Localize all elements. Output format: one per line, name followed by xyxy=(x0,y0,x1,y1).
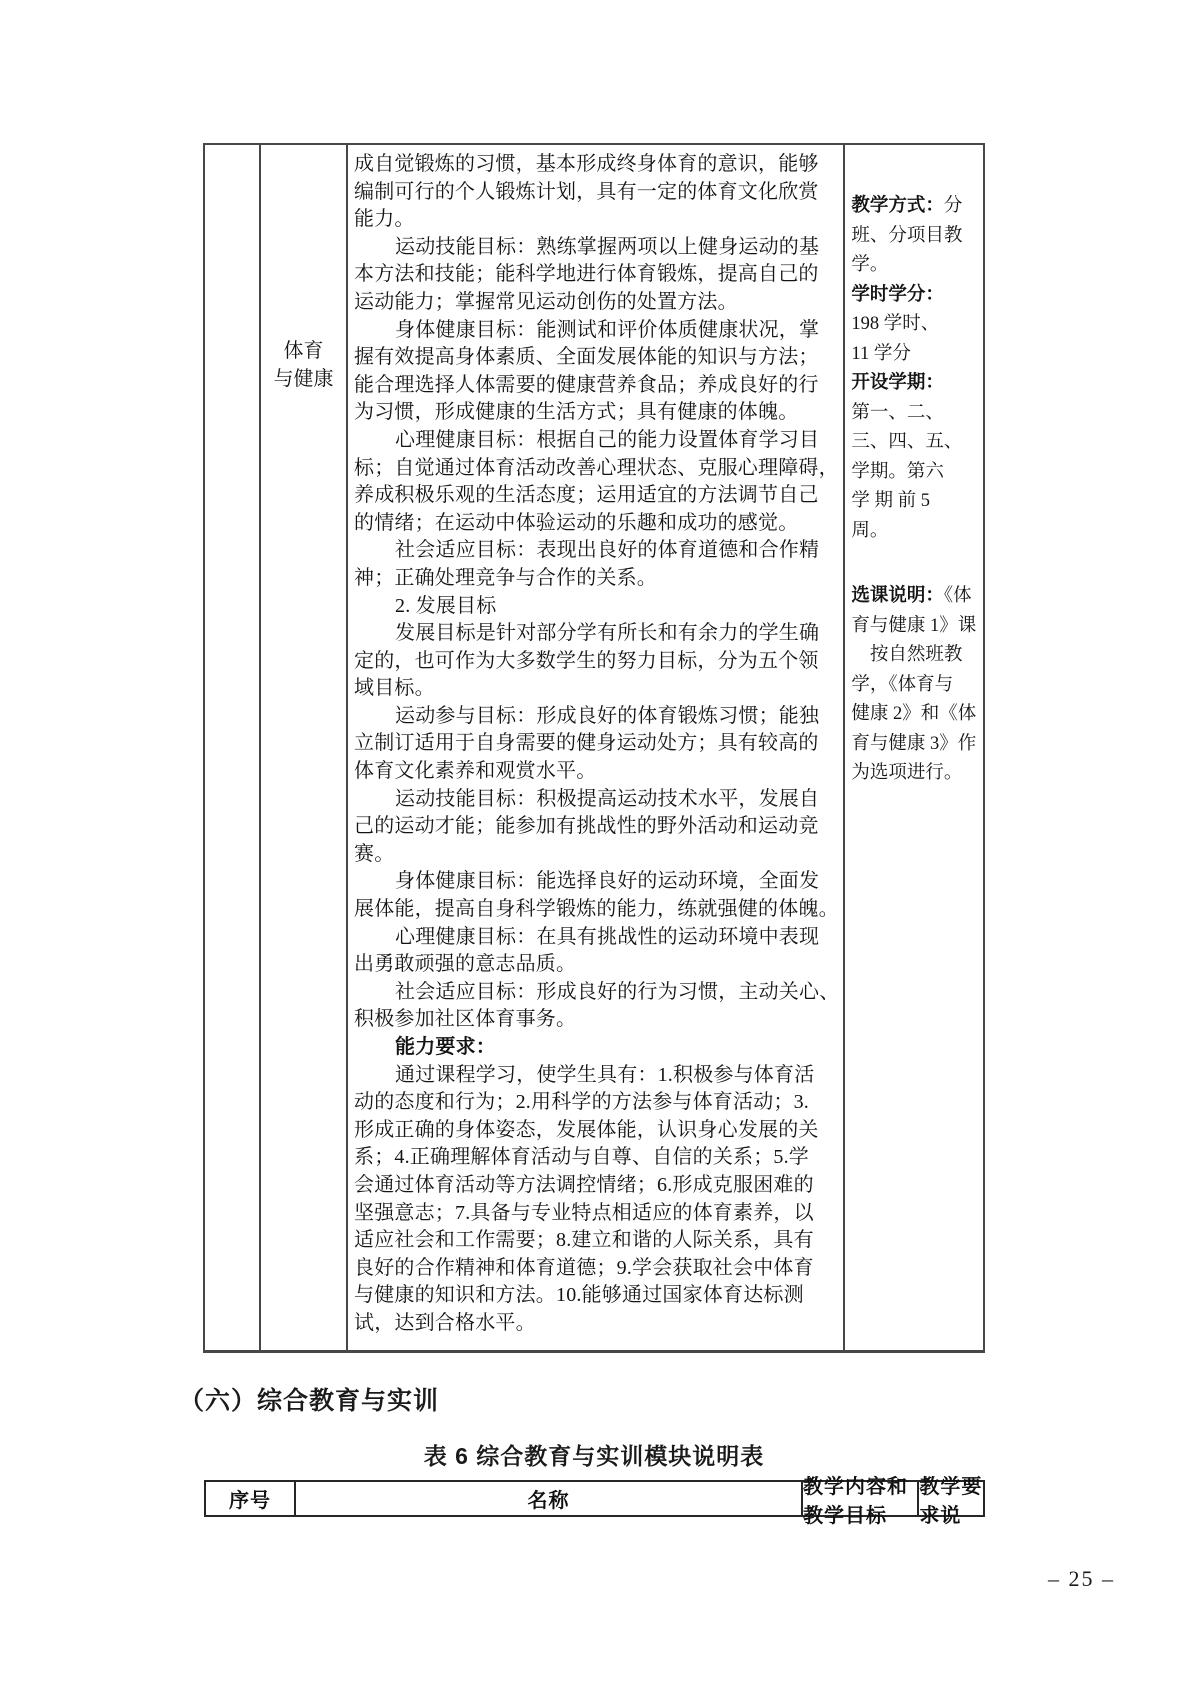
requirement-text-line: 学期。第六 xyxy=(851,458,980,488)
requirement-text-line: 198 学时、 xyxy=(851,310,980,340)
table-cell-teaching-requirements: 教学方式：分班、分项目教学。学时学分：198 学时、11 学分开设学期：第一、二… xyxy=(845,145,983,1350)
table-cell-teaching-content: 成自觉锻炼的习惯，基本形成终身体育的意识，能够编制可行的个人锻炼计划，具有一定的… xyxy=(348,145,845,1350)
content-text-line: 体育文化素养和观赏水平。 xyxy=(354,758,839,786)
table6-title: 表 6 综合教育与实训模块说明表 xyxy=(203,1438,985,1471)
content-text-line: 积极参加社区体育事务。 xyxy=(354,1006,839,1034)
table6-header-cell: 教学内容和教学目标 xyxy=(803,1482,919,1515)
content-text-line: 运动参与目标：形成良好的体育锻炼习惯；能独 xyxy=(354,703,839,731)
requirement-text-line: 为选项进行。 xyxy=(851,759,980,789)
requirement-text-line: 开设学期： xyxy=(851,369,980,399)
requirement-text-line: 育与健康 1》课 xyxy=(851,612,980,642)
table-cell-index-empty xyxy=(205,145,261,1350)
content-text-line: 与健康的知识和方法。10.能够通过国家体育达标测 xyxy=(354,1282,839,1310)
content-text-line: 能合理选择人体需要的健康营养食品；养成良好的行 xyxy=(354,372,839,400)
content-text-line: 社会适应目标：表现出良好的体育道德和合作精 xyxy=(354,537,839,565)
content-text-line: 成自觉锻炼的习惯，基本形成终身体育的意识，能够 xyxy=(354,151,839,179)
content-text-line: 通过课程学习，使学生具有：1.积极参与体育活 xyxy=(354,1062,839,1090)
requirement-text-line: 学 期 前 5 xyxy=(851,487,980,517)
content-text-line: 本方法和技能；能科学地进行体育锻炼，提高自己的 xyxy=(354,261,839,289)
content-text-line: 为习惯，形成健康的生活方式；具有健康的体魄。 xyxy=(354,399,839,427)
content-text-line: 养成积极乐观的生活态度；运用适宜的方法调节自己 xyxy=(354,482,839,510)
content-text-line: 系；4.正确理解体育活动与自尊、自信的关系；5.学 xyxy=(354,1144,839,1172)
page-number: – 25 – xyxy=(1048,1566,1115,1592)
requirement-text-line: 选课说明：《体 xyxy=(851,582,980,612)
content-text-line: 适应社会和工作需要；8.建立和谐的人际关系，具有 xyxy=(354,1227,839,1255)
content-text-line: 会通过体育活动等方法调控情绪；6.形成克服困难的 xyxy=(354,1172,839,1200)
content-text-line: 心理健康目标：在具有挑战性的运动环境中表现 xyxy=(354,924,839,952)
requirement-text-line: 育与健康 3》作 xyxy=(851,730,980,760)
content-text-line: 运动技能目标：积极提高运动技术水平，发展自 xyxy=(354,786,839,814)
content-text-line: 良好的合作精神和体育道德；9.学会获取社会中体育 xyxy=(354,1255,839,1283)
content-text-line: 心理健康目标：根据自己的能力设置体育学习目 xyxy=(354,427,839,455)
content-text-line: 立制订适用于自身需要的健身运动处方；具有较高的 xyxy=(354,730,839,758)
requirement-text-line: 按自然班教 xyxy=(851,641,980,671)
content-text-line: 握有效提高身体素质、全面发展体能的知识与方法； xyxy=(354,344,839,372)
content-text-line: 能力。 xyxy=(354,206,839,234)
content-text-line: 动的态度和行为；2.用科学的方法参与体育活动；3. xyxy=(354,1089,839,1117)
module-name-line1: 体育 xyxy=(274,338,334,366)
module-name-line2: 与健康 xyxy=(274,366,334,394)
content-text-line: 社会适应目标：形成良好的行为习惯，主动关心、 xyxy=(354,979,839,1007)
requirement-text-line: 学。 xyxy=(851,251,980,281)
content-text-line: 身体健康目标：能测试和评价体质健康状况，掌 xyxy=(354,317,839,345)
content-text-line: 出勇敢顽强的意志品质。 xyxy=(354,951,839,979)
content-text-line: 坚强意志；7.具备与专业特点相适应的体育素养，以 xyxy=(354,1200,839,1228)
content-text-line: 运动能力；掌握常见运动创伤的处置方法。 xyxy=(354,289,839,317)
requirement-text-line: 周。 xyxy=(851,517,980,547)
content-text-line: 试，达到合格水平。 xyxy=(354,1310,839,1338)
section-heading: （六）综合教育与实训 xyxy=(179,1381,439,1417)
table-cell-module-name: 体育 与健康 xyxy=(261,145,348,1350)
content-text-line: 域目标。 xyxy=(354,675,839,703)
requirement-text-line: 11 学分 xyxy=(851,340,980,370)
table6-header-cell: 教学要求说 xyxy=(919,1482,983,1515)
requirement-text-line: 健康 2》和《体 xyxy=(851,700,980,730)
requirement-text-line: 班、分项目教 xyxy=(851,222,980,252)
document-page: 体育 与健康 成自觉锻炼的习惯，基本形成终身体育的意识，能够编制可行的个人锻炼计… xyxy=(0,0,1191,1684)
requirement-text-line xyxy=(851,546,980,582)
content-text-line: 展体能，提高自身科学锻炼的能力，练就强健的体魄。 xyxy=(354,896,839,924)
content-text-line: 发展目标是针对部分学有所长和有余力的学生确 xyxy=(354,620,839,648)
content-text-line: 形成正确的身体姿态，发展体能，认识身心发展的关 xyxy=(354,1117,839,1145)
module-name-label: 体育 与健康 xyxy=(274,145,334,1350)
table6-header-cell: 序号 xyxy=(206,1482,296,1515)
content-text-line: 2. 发展目标 xyxy=(354,593,839,621)
table6-header-cell: 名称 xyxy=(296,1482,803,1515)
requirement-text-line: 第一、二、 xyxy=(851,399,980,429)
content-text-line: 身体健康目标：能选择良好的运动环境，全面发 xyxy=(354,868,839,896)
table6-header-row: 序号名称教学内容和教学目标教学要求说 xyxy=(204,1480,985,1517)
content-text-line: 定的，也可作为大多数学生的努力目标，分为五个领 xyxy=(354,648,839,676)
content-text-line: 编制可行的个人锻炼计划，具有一定的体育文化欣赏 xyxy=(354,179,839,207)
content-text-line: 赛。 xyxy=(354,841,839,869)
requirement-text-line: 学时学分： xyxy=(851,281,980,311)
content-text-line: 运动技能目标：熟练掌握两项以上健身运动的基 xyxy=(354,234,839,262)
requirement-text-line: 教学方式：分 xyxy=(851,192,980,222)
requirement-text-line: 学，《体育与 xyxy=(851,671,980,701)
pe-health-module-table: 体育 与健康 成自觉锻炼的习惯，基本形成终身体育的意识，能够编制可行的个人锻炼计… xyxy=(203,143,985,1353)
content-text-line: 神；正确处理竞争与合作的关系。 xyxy=(354,565,839,593)
content-text-line: 标；自觉通过体育活动改善心理状态、克服心理障碍， xyxy=(354,455,839,483)
requirement-text-line: 三、四、五、 xyxy=(851,428,980,458)
content-text-line: 的情绪；在运动中体验运动的乐趣和成功的感觉。 xyxy=(354,510,839,538)
content-text-line: 己的运动才能；能参加有挑战性的野外活动和运动竞 xyxy=(354,813,839,841)
content-text-line: 能力要求： xyxy=(354,1034,839,1062)
